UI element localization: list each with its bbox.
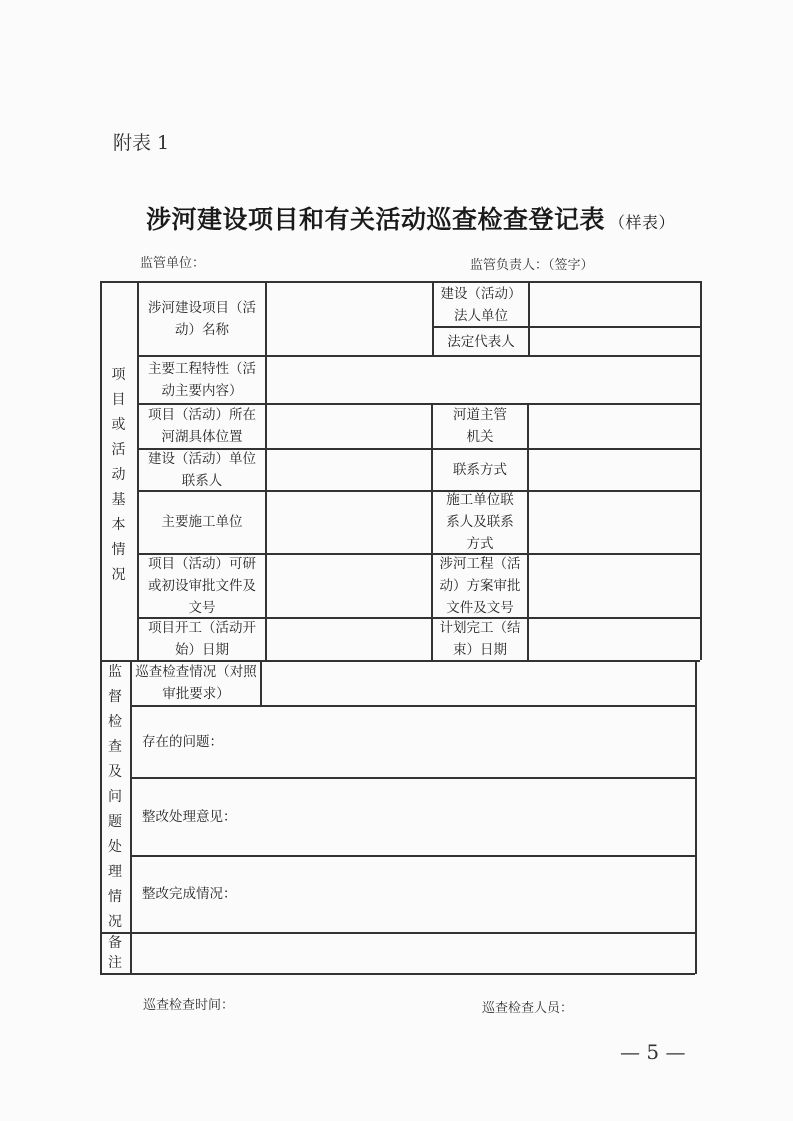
label-contractor-contact: 施工单位联系人及联系方式	[433, 491, 527, 553]
label-unit-contact: 建设（活动）单位联系人	[140, 449, 264, 490]
label-feasibility-approval: 项目（活动）可研或初设审批文件及文号	[140, 554, 264, 617]
field-existing-problems[interactable]: 存在的问题：	[132, 706, 695, 777]
section-supervision-label: 监 督 检 查 及 问 题 处 理 情 况	[100, 662, 130, 932]
remarks-label: 备 注	[100, 933, 130, 973]
inspectors-label: 巡查检查人员：	[482, 997, 573, 1016]
field-unit-contact[interactable]	[267, 449, 430, 490]
label-char: 项	[112, 363, 126, 388]
field-legal-representative[interactable]	[530, 328, 700, 355]
label-contact-method: 联系方式	[433, 449, 527, 490]
supervisor-signature-label: 监管负责人：（签字）	[470, 254, 594, 273]
field-inspection-status[interactable]	[262, 661, 695, 705]
label-main-contractor: 主要施工单位	[140, 491, 264, 553]
label-char: 动	[112, 463, 126, 488]
label-char: 监	[108, 660, 122, 685]
label-char: 基	[112, 488, 126, 513]
field-remarks[interactable]	[132, 933, 695, 973]
label-char: 目	[112, 388, 126, 413]
label-char: 情	[108, 885, 122, 910]
field-completion-date[interactable]	[529, 618, 700, 660]
supervising-unit-label: 监管单位：	[140, 252, 205, 271]
inspection-time-label: 巡查检查时间：	[143, 994, 234, 1013]
label-char: 本	[112, 513, 126, 538]
title-main: 涉河建设项目和有关活动巡查检查登记表	[146, 205, 605, 234]
field-legal-entity[interactable]	[530, 283, 700, 326]
label-char: 况	[108, 910, 122, 935]
label-river-location: 项目（活动）所在河湖具体位置	[140, 404, 264, 448]
label-char: 督	[108, 685, 122, 710]
label-project-name: 涉河建设项目（活动）名称	[140, 283, 264, 355]
label-legal-representative: 法定代表人	[434, 328, 528, 355]
label-char: 或	[112, 413, 126, 438]
label-char: 问	[108, 785, 122, 810]
label-char: 注	[108, 953, 122, 973]
field-contact-method[interactable]	[529, 449, 700, 490]
title-suffix: （样表）	[609, 213, 675, 232]
label-char: 活	[112, 438, 126, 463]
field-main-features[interactable]	[267, 357, 700, 403]
field-river-authority[interactable]	[529, 404, 700, 448]
label-char: 处	[108, 835, 122, 860]
label-char: 况	[112, 563, 126, 588]
label-plan-approval: 涉河工程（活动）方案审批文件及文号	[433, 554, 527, 617]
field-feasibility-approval[interactable]	[267, 554, 430, 617]
field-project-name[interactable]	[267, 283, 431, 355]
section-basic-info-label: 项 目 或 活 动 基 本 情 况	[100, 370, 137, 580]
grid-v-section-label	[137, 281, 139, 660]
table-border-right-lower	[695, 660, 697, 974]
page-title: 涉河建设项目和有关活动巡查检查登记表（样表）	[146, 200, 675, 236]
field-river-location[interactable]	[267, 404, 430, 448]
field-main-contractor[interactable]	[267, 491, 430, 553]
table-border-right-upper	[700, 281, 702, 660]
field-contractor-contact[interactable]	[529, 491, 700, 553]
label-river-authority: 河道主管机关	[433, 404, 527, 448]
label-char: 检	[108, 710, 122, 735]
label-char: 理	[108, 860, 122, 885]
label-legal-entity: 建设（活动）法人单位	[434, 283, 528, 326]
page-number: — 5 —	[620, 1040, 685, 1064]
label-char: 情	[112, 538, 126, 563]
label-char: 及	[108, 760, 122, 785]
label-char: 题	[108, 810, 122, 835]
label-inspection-status: 巡查检查情况（对照审批要求）	[132, 661, 260, 705]
label-main-features: 主要工程特性（活动主要内容）	[140, 357, 264, 403]
field-rectification-completion[interactable]: 整改完成情况：	[132, 856, 695, 932]
label-char: 查	[108, 735, 122, 760]
label-start-date: 项目开工（活动开始）日期	[140, 618, 264, 660]
label-char: 备	[108, 933, 122, 953]
field-plan-approval[interactable]	[529, 554, 700, 617]
table-border-bottom	[100, 973, 695, 975]
appendix-label: 附表 1	[113, 128, 169, 155]
label-completion-date: 计划完工（结束）日期	[433, 618, 527, 660]
field-start-date[interactable]	[267, 618, 430, 660]
field-rectification-opinion[interactable]: 整改处理意见：	[132, 778, 695, 855]
